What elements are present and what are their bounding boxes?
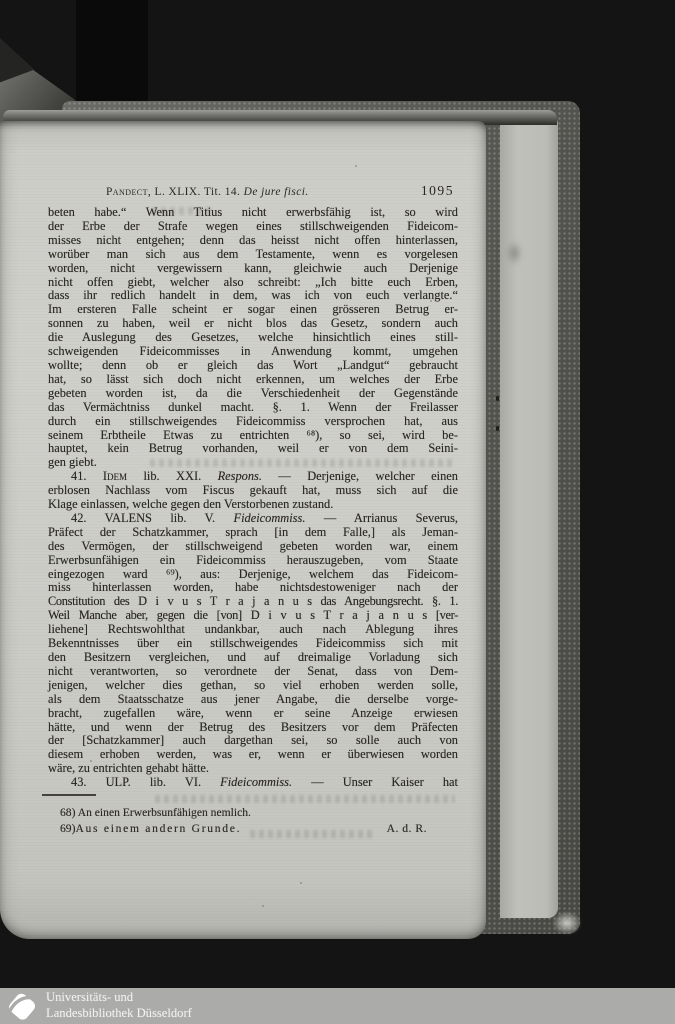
work-title: Respons. (218, 469, 262, 483)
paragraph-41: 41. Idem lib. XXI. Respons. — Derjenige,… (48, 470, 458, 484)
fragment-number: 43. (71, 775, 106, 789)
translator-attribution: A. d. R. (387, 821, 427, 837)
footnote-separator (42, 794, 96, 796)
work-title: Fideicommiss. (234, 511, 306, 525)
fragment-number: 42. (71, 511, 105, 525)
author-name: VALENS (105, 511, 152, 525)
fore-edge-speck (496, 396, 499, 401)
text-line: gen giebt. (48, 456, 458, 470)
text-line: den Besitzern vergleichen, und auf dreim… (48, 651, 458, 665)
text-line: beten habe.“ Wenn Titius nicht erwerbsfä… (48, 206, 458, 220)
text-line: des Vermögen, der stillschweigend gebete… (48, 540, 458, 554)
text-line: Weil Manche aber, gegen die [von] D i v … (48, 609, 458, 623)
text-line: dass ihr redlich handelt in dem, was ich… (48, 289, 458, 303)
library-name-line1: Universitäts- und (46, 990, 192, 1006)
page-header: Pandect, L. XLIX. Tit. 14. De jure fisci… (48, 183, 458, 199)
text-line: der Erbe der Strafe wegen eines stillsch… (48, 220, 458, 234)
page-smudge (505, 240, 523, 266)
text-line: durch ein stillschweigendes Fideicommiss… (48, 415, 458, 429)
book-reference: lib. V. (152, 511, 234, 525)
facing-page-edge (500, 116, 558, 918)
footnote-text: Aus einem andern Grunde. (75, 821, 241, 837)
book-scan-photo: Pandect, L. XLIX. Tit. 14. De jure fisci… (0, 0, 675, 1024)
text-line: hauptet, kein Betrug vorhanden, weil er … (48, 442, 458, 456)
text-line: liehene] Rechtswohlthat undankbar, auch … (48, 623, 458, 637)
text-line: bracht, zugefallen wäre, wenn er seine A… (48, 707, 458, 721)
work-title: Fideicommiss. (220, 775, 292, 789)
text-line: jenigen, welcher dies gethan, so viel er… (48, 679, 458, 693)
author-name: ULP. (106, 775, 131, 789)
text-line: Im ersteren Falle scheint er sogar einen… (48, 303, 458, 317)
running-title-ref: L. XLIX. Tit. 14. (151, 186, 243, 198)
text-line: wäre, zu entrichten gehabt hätte. (48, 762, 458, 776)
paper-speck (355, 165, 357, 167)
text-line: hätte, und wenn der Betrug des Besitzers… (48, 721, 458, 735)
lead-text: — Derjenige, welcher einen (262, 469, 458, 483)
paragraph-43: 43. ULP. lib. VI. Fideicommiss. — Unser … (48, 776, 458, 790)
text-line: nicht offen giebt, welcher also schreibt… (48, 276, 458, 290)
library-name: Universitäts- und Landesbibliothek Düsse… (46, 990, 192, 1021)
lead-text: — Unser Kaiser hat (292, 775, 458, 789)
text-line: wollte; denn ob er gleich das Wort „Land… (48, 359, 458, 373)
running-title-work: Pandect, (106, 186, 151, 198)
text-line: diesem erhoben werden, was er, wenn er ü… (48, 748, 458, 762)
page-text: Pandect, L. XLIX. Tit. 14. De jure fisci… (48, 183, 458, 837)
text-line: worüber man sich aus dem Testamente, wen… (48, 248, 458, 262)
library-name-line2: Landesbibliothek Düsseldorf (46, 1006, 192, 1022)
page-number: 1095 (421, 183, 454, 199)
running-title-section: De jure fisci. (244, 186, 309, 198)
library-logo-icon (3, 990, 41, 1024)
fore-edge-speck (496, 426, 499, 431)
book-reference: lib. VI. (131, 775, 220, 789)
text-line: nicht verantworten, so verordnete der Se… (48, 665, 458, 679)
running-title: Pandect, L. XLIX. Tit. 14. De jure fisci… (106, 186, 309, 198)
fragment-number: 41. (71, 469, 103, 483)
paragraph-42-lead: 42. VALENS lib. V. Fideicommiss. — Arria… (48, 512, 458, 526)
background-shadow (76, 0, 148, 112)
text-line: eingezogen ward ⁶⁹), aus: Derjenige, wel… (48, 568, 458, 582)
paragraph-42-body: Präfect der Schatzkammer, sprach [in dem… (48, 526, 458, 776)
text-line: miss hinterlassen worden, habe nichtsdes… (48, 581, 458, 595)
paragraph-43-lead: 43. ULP. lib. VI. Fideicommiss. — Unser … (48, 776, 458, 790)
text-line: erblosen Nachlass vom Fiscus gekauft hat… (48, 484, 458, 498)
lead-text: — Arrianus Severus, (305, 511, 458, 525)
paper-speck (300, 882, 302, 884)
text-line: worden, nicht vergewissern kann, gleichw… (48, 262, 458, 276)
footnote-69: 69) Aus einem andern Grunde. A. d. R. (48, 821, 458, 837)
paragraph-41-lead: 41. Idem lib. XXI. Respons. — Derjenige,… (48, 470, 458, 484)
paragraph-40-continuation: beten habe.“ Wenn Titius nicht erwerbsfä… (48, 206, 458, 470)
paragraph-42: 42. VALENS lib. V. Fideicommiss. — Arria… (48, 512, 458, 526)
text-line: als dem Staatsschatze aus jener Angabe, … (48, 693, 458, 707)
text-line: seinem Erbtheile Etwas zu entrichten ⁶⁸)… (48, 429, 458, 443)
text-line: der [Schatzkammer] auch dargethan sei, s… (48, 734, 458, 748)
text-line: Klage einlassen, welche gegen den Versto… (48, 498, 458, 512)
text-line: gebeten worden ist, da die Verschiedenhe… (48, 387, 458, 401)
text-line: sonnen zu haben, weil er nicht blos das … (48, 317, 458, 331)
author-name: Idem (103, 469, 127, 483)
text-line: misses nicht entgehen; denn das heisst n… (48, 234, 458, 248)
text-line: Bekenntnisses über ein stillschweigendes… (48, 637, 458, 651)
text-line: das Vermächtniss dunkel macht. §. 1. Wen… (48, 401, 458, 415)
text-line: Präfect der Schatzkammer, sprach [in dem… (48, 526, 458, 540)
footnote-68: 68) An einen Erwerbsunfähigen nemlich. (48, 805, 458, 821)
book-reference: lib. XXI. (127, 469, 218, 483)
text-line: Erwerbsunfähigen ein Fideicommiss heraus… (48, 554, 458, 568)
text-line: schweigenden Fideicommisses in Anwendung… (48, 345, 458, 359)
footnote-number: 69) (60, 821, 75, 837)
paragraph-41-body: erblosen Nachlass vom Fiscus gekauft hat… (48, 484, 458, 512)
footnotes: 68) An einen Erwerbsunfähigen nemlich. 6… (48, 805, 458, 837)
text-line: hat, so lässt sich doch nicht erkennen, … (48, 373, 458, 387)
text-line: Constitution des D i v u s T r a j a n u… (48, 595, 458, 609)
paper-speck (262, 905, 264, 907)
text-line: die Auslegung des Gesetzes, welche hinsi… (48, 331, 458, 345)
library-watermark-bar: Universitäts- und Landesbibliothek Düsse… (0, 988, 675, 1024)
